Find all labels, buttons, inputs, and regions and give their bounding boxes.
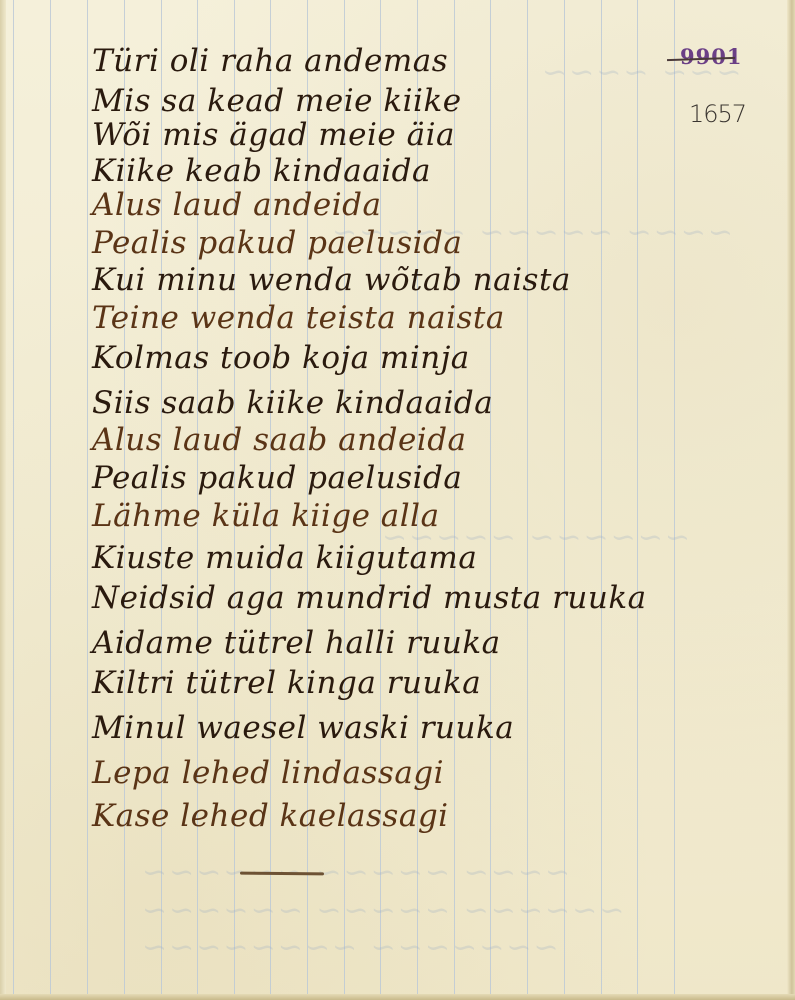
rule-line — [637, 0, 638, 994]
verse-line: Kiike keab kindaaida — [92, 153, 431, 189]
verse-line: Alus laud andeida — [92, 187, 381, 223]
verse-line: Pealis pakud paelusida — [92, 460, 462, 496]
rule-line — [601, 0, 602, 994]
verse-line: Kiuste muida kiigutama — [92, 540, 477, 576]
verse-line: Kolmas toob koja minja — [92, 340, 470, 376]
verse-line: Aidame tütrel halli ruuka — [92, 625, 501, 661]
rule-line — [490, 0, 491, 994]
verse-line: Lähme küla kiige alla — [92, 498, 440, 534]
rule-line — [13, 0, 14, 994]
verse-line: Teine wenda teista naista — [92, 300, 505, 336]
bleed-through-text: ~~~~~~~ ~~~~~~~~ — [140, 930, 559, 965]
verse-line: Mis sa kead meie kiike — [92, 83, 462, 119]
pencil-page-number: 1657 — [689, 100, 746, 128]
verse-line: Türi oli raha andemas — [92, 43, 448, 79]
manuscript-page: ~~~ ~~~~ ~~~~ ~~~~~ ~~~~~ ~~~~~~ ~~~~~ ~… — [0, 0, 795, 1000]
rule-line — [527, 0, 528, 994]
verse-line: Wõi mis ägad meie äia — [92, 117, 455, 153]
verse-line: Alus laud saab andeida — [92, 422, 467, 458]
page-left-edge — [0, 0, 6, 1000]
rule-line — [50, 0, 51, 994]
rule-line — [564, 0, 565, 994]
verse-line: Siis saab kiike kindaaida — [92, 385, 493, 421]
verse-line: Lepa lehed lindassagi — [92, 755, 444, 791]
rule-line — [674, 0, 675, 994]
verse-line: Kase lehed kaelassagi — [92, 798, 449, 834]
page-bottom-edge — [0, 994, 795, 1000]
bleed-through-text: ~~~~ ~~~~~ ~~~~~~ — [140, 855, 570, 890]
rule-line — [87, 0, 88, 994]
verse-line: Pealis pakud paelusida — [92, 225, 462, 261]
verse-line: Neidsid aga mundrid musta ruuka — [92, 580, 647, 616]
verse-line: Kiltri tütrel kinga ruuka — [92, 665, 481, 701]
page-right-edge — [787, 0, 795, 1000]
bleed-through-text: ~~~~~~ ~~~~~ ~~~~~~ — [140, 893, 624, 928]
verse-line: Minul waesel waski ruuka — [92, 710, 514, 746]
verse-line: Kui minu wenda wõtab naista — [92, 262, 571, 298]
